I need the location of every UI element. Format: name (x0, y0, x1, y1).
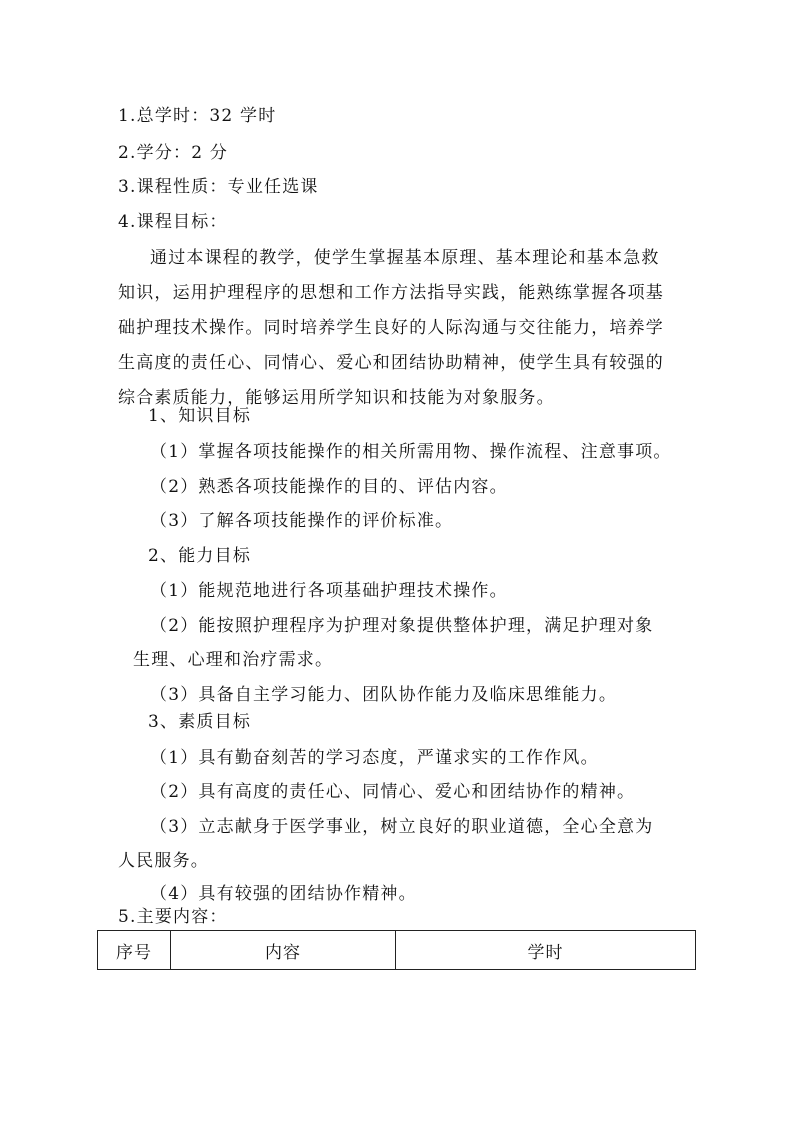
intro-paragraph-line: 通过本课程的教学，使学生掌握基本原理、基本理论和基本急救 (150, 248, 660, 268)
course-info-item: 4.课程目标： (118, 212, 228, 232)
intro-paragraph-line: 知识，运用护理程序的思想和工作方法指导实践，能熟练掌握各项基 (118, 283, 664, 303)
table-header-row: 序号 内容 学时 (98, 931, 696, 970)
intro-paragraph-line: 础护理技术操作。同时培养学生良好的人际沟通与交往能力，培养学 (118, 318, 664, 338)
course-info-item: 3.课程性质：专业任选课 (118, 177, 319, 197)
course-info-item: 2.学分：2 分 (118, 143, 228, 163)
section-heading-main-content: 5.主要内容： (118, 907, 228, 927)
goal-item: （1）具有勤奋刻苦的学习态度，严谨求实的工作作风。 (150, 748, 599, 768)
goal-item: （2）熟悉各项技能操作的目的、评估内容。 (150, 477, 508, 497)
goal-heading: 1、知识目标 (148, 406, 251, 426)
header-hours: 学时 (396, 931, 696, 970)
goal-item: （3）具备自主学习能力、团队协作能力及临床思维能力。 (150, 685, 617, 705)
goal-heading: 3、素质目标 (148, 712, 251, 732)
goal-item: （3）立志献身于医学事业，树立良好的职业道德，全心全意为 (150, 817, 653, 837)
goal-item: （1）掌握各项技能操作的相关所需用物、操作流程、注意事项。 (150, 442, 672, 462)
goal-item: 生理、心理和治疗需求。 (133, 650, 333, 670)
header-content: 内容 (171, 931, 396, 970)
goal-item: （4）具有较强的团结协作精神。 (150, 884, 417, 904)
content-table: 序号 内容 学时 (97, 930, 696, 970)
intro-paragraph-line: 生高度的责任心、同情心、爱心和团结协助精神，使学生具有较强的 (118, 353, 664, 373)
goal-item: （1）能规范地进行各项基础护理技术操作。 (150, 581, 508, 601)
header-index: 序号 (98, 931, 171, 970)
goal-heading: 2、能力目标 (148, 546, 251, 566)
goal-item: （3）了解各项技能操作的评价标准。 (150, 511, 453, 531)
goal-item: 人民服务。 (118, 851, 209, 871)
goal-item: （2）能按照护理程序为护理对象提供整体护理，满足护理对象 (150, 616, 653, 636)
goal-item: （2）具有高度的责任心、同情心、爱心和团结协作的精神。 (150, 782, 635, 802)
course-info-item: 1.总学时：32 学时 (118, 106, 276, 126)
intro-paragraph-line: 综合素质能力，能够运用所学知识和技能为对象服务。 (118, 388, 555, 408)
